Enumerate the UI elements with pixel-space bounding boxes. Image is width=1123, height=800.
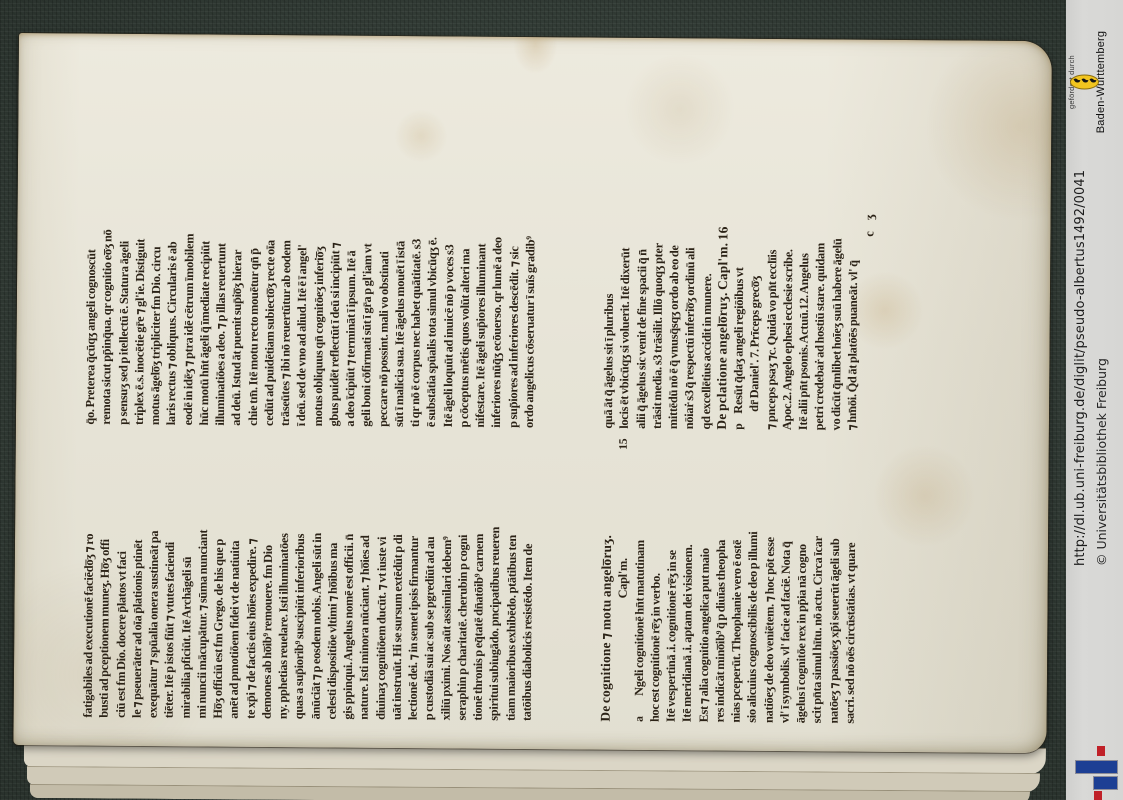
line-text: mirabilia pficiūt. Itē Archāgeli sū (178, 557, 193, 719)
line-text: mi nuncii mācupātur. ⁊ sūma nunciant (194, 530, 209, 719)
line-text: Capl'm. (616, 558, 630, 598)
line-text: natiōeʒ de deo veniētem. ⁊ hoc pōt esse (761, 537, 776, 723)
baden-wuerttemberg-shield-icon (1077, 25, 1092, 139)
line-text: demones ab ho̅ib⁹ remouere. fm Dio (259, 545, 274, 719)
line-text: hoc est cognitionē re̅ʒ in verbo. (647, 573, 662, 722)
line-text: mittēdū nō ē q̄ vnusq̄sqʒ ordo ab eo de (666, 245, 681, 429)
line-text: remota sicut pp̄inq̄ua. qr cognitio eo̅ʒ… (99, 229, 115, 424)
line-text: vl' ī symbolis. vl' facie ad faciē. Nota… (777, 541, 792, 723)
column-a-line (858, 437, 877, 724)
line-text: illuminatiōes a deo. ⁊ p illas reuertunt (213, 243, 228, 426)
line-text: quas a sup̄iorib⁹ suscipiūt inferioribus (292, 534, 307, 719)
ub-freiburg-logo-square (1094, 791, 1102, 800)
text-band-2: De cognitione ⁊ motu angelo̅ruʒ.quā āt q… (598, 152, 879, 724)
line-text: Apoc.2. Angelo ephesi ecclesie scribe. (780, 249, 795, 430)
line-text: triplex ē.s. inocētie gr̄e ⁊ gl'ie. Dist… (132, 239, 147, 425)
line-text: ny. pphetias reuelare. Isti illuminatōes (276, 533, 291, 719)
line-text: scit pn̄ta simul hītu. nō actu. Circa īc… (810, 536, 825, 723)
line-text: celesti dispositiōe vltimi ⁊ ho̅ibus ma (324, 543, 339, 720)
line-text: nias pceperūt. Theophanie vero ē ostē (729, 540, 744, 723)
line-text: te xp̄i ⁊ de factis eius ho̅ies expedire… (243, 538, 258, 718)
line-text: trāseūtes ⁊ ibi nō reuertūtur ab eodem (278, 240, 293, 426)
line-text: āgelus ī cognitōe rex in pp̄ia nā cogno (794, 544, 809, 723)
margin-guide-letter: a (631, 696, 647, 722)
line-text: gis ppinqui. Angelus nomē est officii. n… (341, 534, 356, 720)
ub-freiburg-logo-square (1097, 746, 1105, 756)
line-text: Ngeli cognitionē hn̄t matutinam (631, 540, 646, 696)
line-text: eodē in idēʒ ⁊ ptra idē cētrum īmobilem (180, 234, 196, 426)
line-text: Itē vespertinā .i. cognitionē re̅ʒ in se (664, 550, 679, 722)
line-text: ad deū. Istud āt puenit sup̄io̅ʒ hierar (229, 250, 244, 426)
line-text: tiam maioribus exhibēdo. ptātibus ten (503, 535, 518, 721)
watermark-block: http://dl.ub.uni-freiburg.de/diglit/pseu… (1073, 146, 1109, 566)
line-text: Itē alii pn̄t psonis. Actuū.12. Angelus (796, 253, 811, 430)
copyright-notice: © Universitätsbibliothek Freiburg (1094, 146, 1109, 566)
line-text: ī deū. sed de vno ad aliud. Itē ē ī ange… (294, 244, 309, 426)
line-text: tionē thronis p eq̄tatē dn̄atōib⁹ carnem (471, 534, 486, 721)
line-text: chie tm̄. Itē motu recto mouētur qn̄ p̄ (245, 248, 260, 426)
chapter-number: 15 (616, 439, 632, 450)
line-text: ti qr nō ē corpus nec habet quātitatē. s… (408, 239, 423, 427)
line-text: Itē meridianā .i. aptam dei visionem. (680, 544, 695, 722)
text-row (858, 154, 879, 724)
line-text: inferiores nūq̄ʒ ecōuerso. qr lumē a deo (489, 237, 504, 428)
line-text: ⁊ pnceps psaʒ ⁊c. Quidā vo pn̄t ecclīis (763, 250, 778, 430)
column-b-line: ordo angelicus cōseruatur ī suīs gradib⁹ (521, 151, 539, 428)
line-text: ciū est fm Dio. docere p̄latos vt faci (113, 551, 128, 718)
ub-freiburg-logo-bar (1076, 761, 1117, 773)
line-text: geli boni cōfirmati sūt ī gr̄a p gl'iam … (359, 243, 374, 426)
line-text: De pclatione angelo̅ruʒ. Capl'm. 16 (714, 226, 731, 429)
line-text: Resūt q̄daʒ angeli regiōibus vt (731, 267, 746, 413)
line-text: alii q̄ āgelus sic venit de fine spacii … (633, 249, 648, 429)
line-text: spiritui subiugādo. pncipatibus reueren (487, 527, 503, 721)
line-text: dr̄ Daniel'. 7. Prīceps greco̅ʒ (747, 276, 762, 430)
line-text: sio alicuius cognoscibilis de deo p illu… (745, 531, 761, 722)
line-text: fatigabiles ad executionē faciēdo̅ʒ ⁊ ro (81, 534, 96, 718)
text-row: tatōibus diabolicis resistēdo. Item deor… (518, 151, 539, 721)
line-text: motus āgelo̅ʒ tripliciter fm Dio. circu (148, 247, 163, 426)
column-a-line: tatōibus diabolicis resistēdo. Item de (518, 434, 537, 721)
line-text: p cōceptus mētis quos volūt alteri ma (457, 249, 472, 428)
line-text: ē substātia spūalis tota simul vbicūqʒ ē… (424, 237, 439, 427)
line-text: trāsit media. s3 trāsilit. Illō quoqʒ pt… (650, 243, 665, 429)
text-band-1: fatigabiles ad executionē faciēdo̅ʒ ⁊ ro… (80, 148, 539, 722)
line-text: locis ēt vbicūqʒ si voluerit. Itē dixerū… (617, 248, 632, 429)
line-text: ⁊ hm̄ōi. Q̄d āt platōēs puaneāt. vl' q̄ (845, 260, 860, 430)
line-text: natōeʒ ⁊ passiōeʒ xp̄i seuerūt āgeli sub (826, 538, 841, 723)
line-text: Itē āgeli loquūt ad inuicē nō p voces s3 (440, 244, 455, 427)
line-text: p sensuʒ sed p itellectū ē. Statura āgel… (115, 241, 130, 425)
margin-guide-letter: p (731, 414, 747, 430)
line-text: cedūt ad puidētiam subiecto̅ʒ recte oīa (262, 240, 277, 426)
book-page: fatigabiles ad executionē faciēdo̅ʒ ⁊ ro… (13, 33, 1052, 753)
printed-text-area: fatigabiles ad executionē faciēdo̅ʒ ⁊ ro… (80, 148, 889, 724)
line-text: De cognitione ⁊ motu angelo̅ruʒ. (598, 535, 614, 722)
line-text: ānūciāt ⁊ p eosdem nobis. Angeli sūt in (308, 533, 323, 719)
line-text: diuinaʒ cognitiōem ducūt. ⁊ vt iuste vi (373, 537, 388, 720)
rotated-text-container: fatigabiles ad executionē faciēdo̅ʒ ⁊ ro… (80, 148, 889, 724)
line-text: quā āt q̄ āgelus sit ī pluribus (601, 294, 616, 429)
line-text: ordo angelicus cōseruatur ī suīs gradib⁹ (522, 236, 538, 428)
digitization-url: http://dl.ub.uni-freiburg.de/diglit/pseu… (1073, 146, 1088, 566)
line-text: laris rectus ⁊ obliquus. Circularis ē ab (164, 242, 179, 426)
line-text: petri credebaṙ ad hostiū stare. quidam (812, 243, 827, 430)
line-text: exequātur ⁊ spūalia onera sustineāt pa (146, 531, 161, 718)
line-text: tatōibus diabolicis resistēdo. Item de (519, 544, 534, 721)
line-text: xiliū pximi. Nos aūt assimilari debem⁹ (438, 536, 453, 720)
line-text: a deo īcipiūt ⁊ termināt ī ipsum. Itē ā (343, 250, 358, 426)
line-text: nifestare. Itē āgeli sup̄iores illuminan… (473, 244, 488, 428)
line-text: sacri. sed nō oēs circūstātias. vt quare (842, 543, 857, 724)
quire-signature: c ʒ (862, 210, 877, 237)
line-text: nōiaṙ s3 q̄ respectū inferio̅ʒ ordinū al… (682, 248, 697, 430)
line-text: nature. Isti minora nūciant. ⁊ ho̅ies ad (357, 535, 372, 719)
line-text: motus obliquus qn̄ cognitōeʒ inferio̅ʒ (310, 246, 325, 426)
line-text: anēt ad pmotiōem fidei vt de natiuita (227, 541, 242, 719)
line-text: le ⁊ pseuerāter ad oīa p̄lationis ptinēt (129, 540, 144, 718)
funding-block: gefördert durch Baden-Württemberg (1067, 25, 1107, 139)
line-text: hūc motū hn̄t āgeli q̄ īmediate recipiūt (197, 241, 212, 426)
line-text: p custodiā sui ac sub se pgrediūt ad au (422, 537, 437, 721)
line-text: Ho̅ʒ officiū est fm Grego. de his que p (211, 539, 226, 719)
line-text: lectionē dei. ⁊ in semet ipsis firmantur (406, 536, 421, 720)
line-text: q̄o. Preterea q̄cūqʒ angeli cognoscūt (83, 249, 98, 424)
scan-background: fatigabiles ad executionē faciēdo̅ʒ ⁊ ro… (0, 0, 1123, 800)
ub-freiburg-logo-bar (1094, 777, 1117, 789)
line-text: tiēter. Itē p istos fiūt ⁊ vtutes facien… (162, 542, 177, 718)
line-text: p sup̄iores ad inferiores descēdit. ⁊ si… (505, 246, 520, 428)
line-text: gbus puidēt reflectūt ī deū si incipiūt … (327, 243, 342, 427)
line-text: seraphin p charitatē. cherubin p cogni (454, 535, 469, 721)
line-text: uāt instruūt. Hi se sursum extēdūt p di (389, 534, 404, 720)
line-text: sūt ī malicia sua. Itē āgelus mouēt ī is… (392, 241, 407, 427)
line-text: vo dicūt q̄mlibet hoīeʒ suū habere āgelū (828, 238, 844, 430)
line-text: peccare nō possint. mali vo obstinati (375, 251, 390, 427)
line-text: qd excellētius accidit in munere. (698, 273, 713, 429)
column-b-line (860, 154, 878, 431)
line-text: res indicāt mino̅ib⁹ q̄ p diuīas theopha (712, 540, 727, 723)
line-text: busti ad pceptionem muneʒ. Ho̅ʒ offi (97, 539, 112, 718)
line-text: Est ⁊ alia cognitio angelica put maio (696, 548, 711, 722)
